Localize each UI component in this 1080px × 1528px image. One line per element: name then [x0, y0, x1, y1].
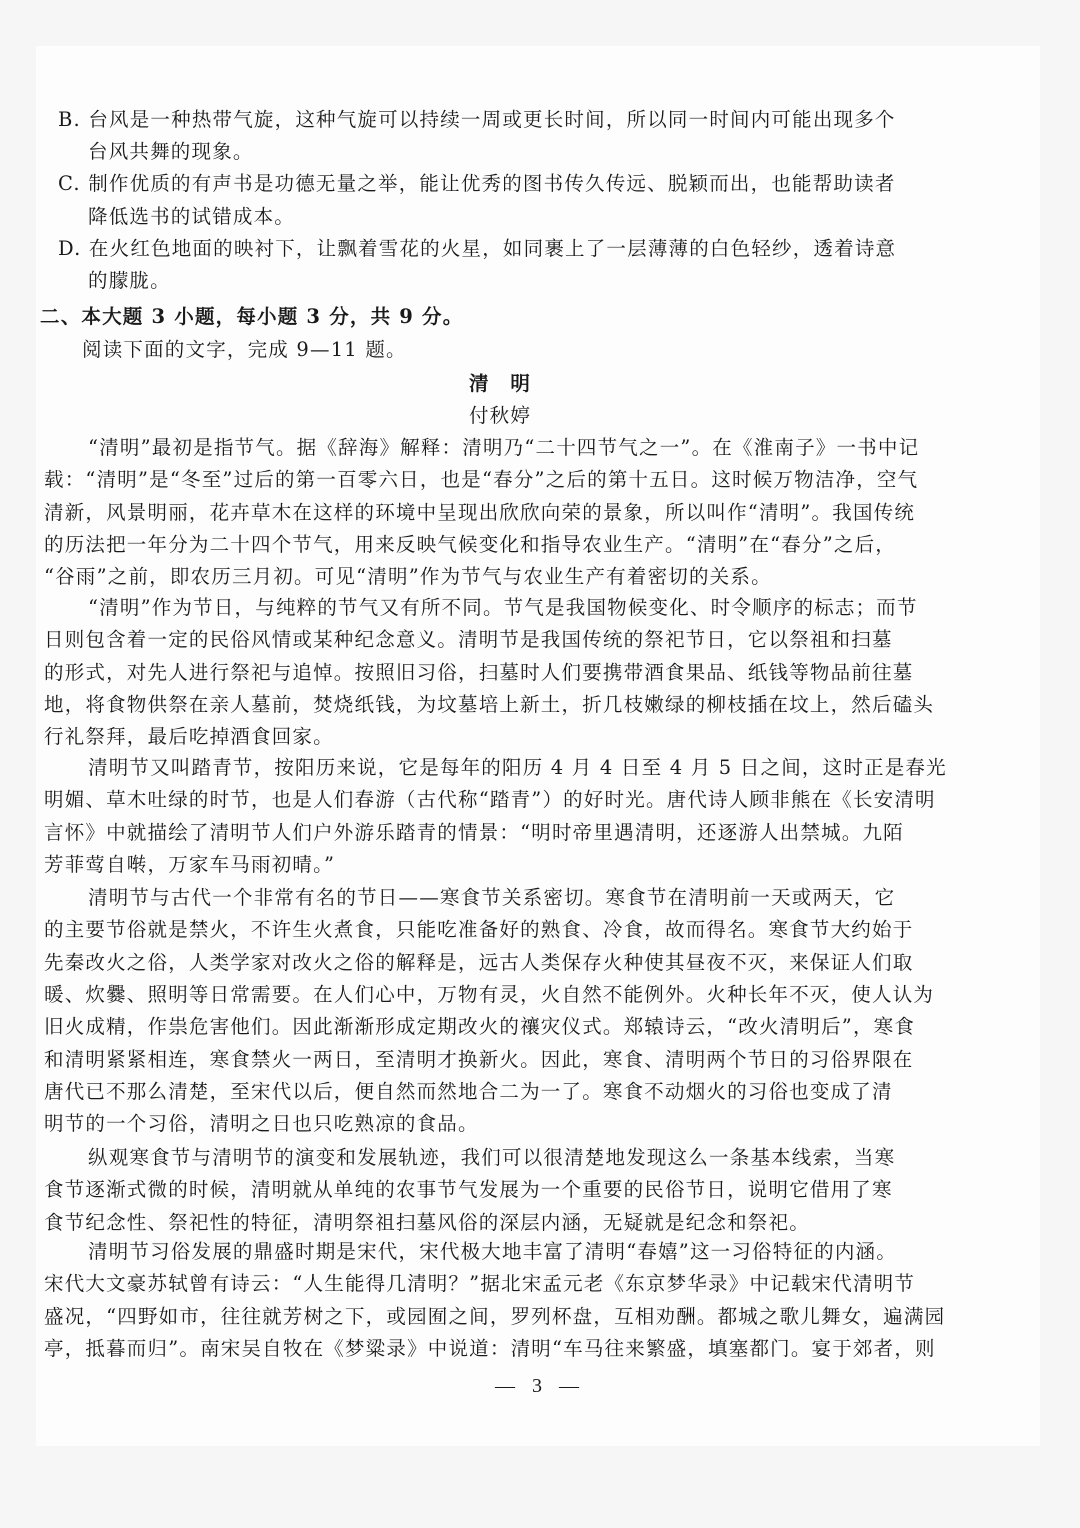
- paragraph-first-line: “清明”最初是指节气。据《辞海》解释：清明乃“二十四节气之一”。在《淮南子》一书…: [88, 436, 919, 460]
- paragraph-line: 行礼祭拜，最后吃掉酒食回家。: [44, 725, 334, 749]
- paragraph-line: 地，将食物供祭在亲人墓前，焚烧纸钱，为坟墓培上新土，折几枝嫩绿的柳枝插在坟上，然…: [44, 693, 934, 717]
- paragraph-line: 宋代大文豪苏轼曾有诗云：“人生能得几清明？”据北宋孟元老《东京梦华录》中记载宋代…: [44, 1272, 915, 1296]
- paragraph-line: 唐代已不那么清楚，至宋代以后，便自然而然地合二为一了。寒食不动烟火的习俗也变成了…: [44, 1080, 893, 1104]
- paragraph-line: 的主要节俗就是禁火，不许生火煮食，只能吃准备好的熟食、冷食，故而得名。寒食节大约…: [44, 918, 913, 942]
- section-instruction: 阅读下面的文字，完成 9—11 题。: [82, 338, 407, 362]
- paragraph-first-line: “清明”作为节日，与纯粹的节气又有所不同。节气是我国物候变化、时令顺序的标志；而…: [88, 596, 918, 620]
- paragraph-line: 载：“清明”是“冬至”过后的第一百零六日，也是“春分”之后的第十五日。这时候万物…: [44, 468, 918, 492]
- paragraph-line: 明媚、草木吐绿的时节，也是人们春游（古代称“踏青”）的好时光。唐代诗人顾非熊在《…: [44, 788, 936, 812]
- paragraph-line: 清新，风景明丽，花卉草木在这样的环境中呈现出欣欣向荣的景象，所以叫作“清明”。我…: [44, 501, 915, 525]
- paragraph-line: 和清明紧紧相连，寒食禁火一两日，至清明才换新火。因此，寒食、清明两个节日的习俗界…: [44, 1048, 913, 1072]
- paragraph-line: 旧火成精，作祟危害他们。因此渐渐形成定期改火的禳灾仪式。郑辕诗云，“改火清明后”…: [44, 1015, 915, 1039]
- option-continuation: 的朦胧。: [88, 269, 171, 293]
- paragraph-first-line: 纵观寒食节与清明节的演变和发展轨迹，我们可以很清楚地发现这么一条基本线索，当寒: [88, 1146, 895, 1170]
- paragraph-line: 芳菲莺自啭，万家车马雨初晴。”: [44, 853, 335, 877]
- paragraph-line: 盛况，“四野如市，往往就芳树之下，或园囿之间，罗列杯盘，互相劝酬。都城之歌儿舞女…: [44, 1305, 945, 1329]
- paragraph-line: 明节的一个习俗，清明之日也只吃熟凉的食品。: [44, 1112, 479, 1136]
- paragraph-first-line: 清明节习俗发展的鼎盛时期是宋代，宋代极大地丰富了清明“春嬉”这一习俗特征的内涵。: [88, 1240, 897, 1264]
- option-line: B. 台风是一种热带气旋，这种气旋可以持续一周或更长时间，所以同一时间内可能出现…: [58, 108, 896, 132]
- section-heading: 二、本大题 3 小题，每小题 3 分，共 9 分。: [40, 305, 463, 329]
- article-author: 付秋婷: [0, 404, 1000, 428]
- paragraph-line: 的形式，对先人进行祭祀与追悼。按照旧习俗，扫墓时人们要携带酒食果品、纸钱等物品前…: [44, 661, 913, 685]
- paragraph-line: 的历法把一年分为二十四个节气，用来反映气候变化和指导农业生产。“清明”在“春分”…: [44, 533, 896, 557]
- paragraph-first-line: 清明节又叫踏青节，按阳历来说，它是每年的阳历 4 月 4 日至 4 月 5 日之…: [88, 756, 947, 780]
- paragraph-line: 言怀》中就描绘了清明节人们户外游乐踏青的情景：“明时帝里遇清明，还逐游人出禁城。…: [44, 821, 904, 845]
- paragraph-line: “谷雨”之前，即农历三月初。可见“清明”作为节气与农业生产有着密切的关系。: [44, 565, 772, 589]
- paragraph-line: 先秦改火之俗，人类学家对改火之俗的解释是，远古人类保存火种使其昼夜不灭，来保证人…: [44, 951, 913, 975]
- paragraph-line: 亭，抵暮而归”。南宋吴自牧在《梦粱录》中说道：清明“车马往来繁盛，填塞都门。宴于…: [44, 1337, 936, 1361]
- page-number: — 3 —: [0, 1375, 1080, 1398]
- option-continuation: 台风共舞的现象。: [88, 140, 254, 164]
- option-continuation: 降低选书的试错成本。: [88, 205, 295, 229]
- paragraph-line: 食节逐渐式微的时候，清明就从单纯的农事节气发展为一个重要的民俗节日，说明它借用了…: [44, 1178, 893, 1202]
- option-line: D. 在火红色地面的映衬下，让飘着雪花的火星，如同裹上了一层薄薄的白色轻纱，透着…: [58, 237, 896, 261]
- paragraph-line: 食节纪念性、祭祀性的特征，清明祭祖扫墓风俗的深层内涵，无疑就是纪念和祭祀。: [44, 1211, 810, 1235]
- article-title: 清 明: [0, 372, 1000, 396]
- paragraph-line: 日则包含着一定的民俗风情或某种纪念意义。清明节是我国传统的祭祀节日，它以祭祖和扫…: [44, 628, 893, 652]
- option-line: C. 制作优质的有声书是功德无量之举，能让优秀的图书传久传远、脱颖而出，也能帮助…: [58, 172, 896, 196]
- paragraph-line: 暖、炊爨、照明等日常需要。在人们心中，万物有灵，火自然不能例外。火种长年不灭，使…: [44, 983, 934, 1007]
- paragraph-first-line: 清明节与古代一个非常有名的节日——寒食节关系密切。寒食节在清明前一天或两天，它: [88, 886, 895, 910]
